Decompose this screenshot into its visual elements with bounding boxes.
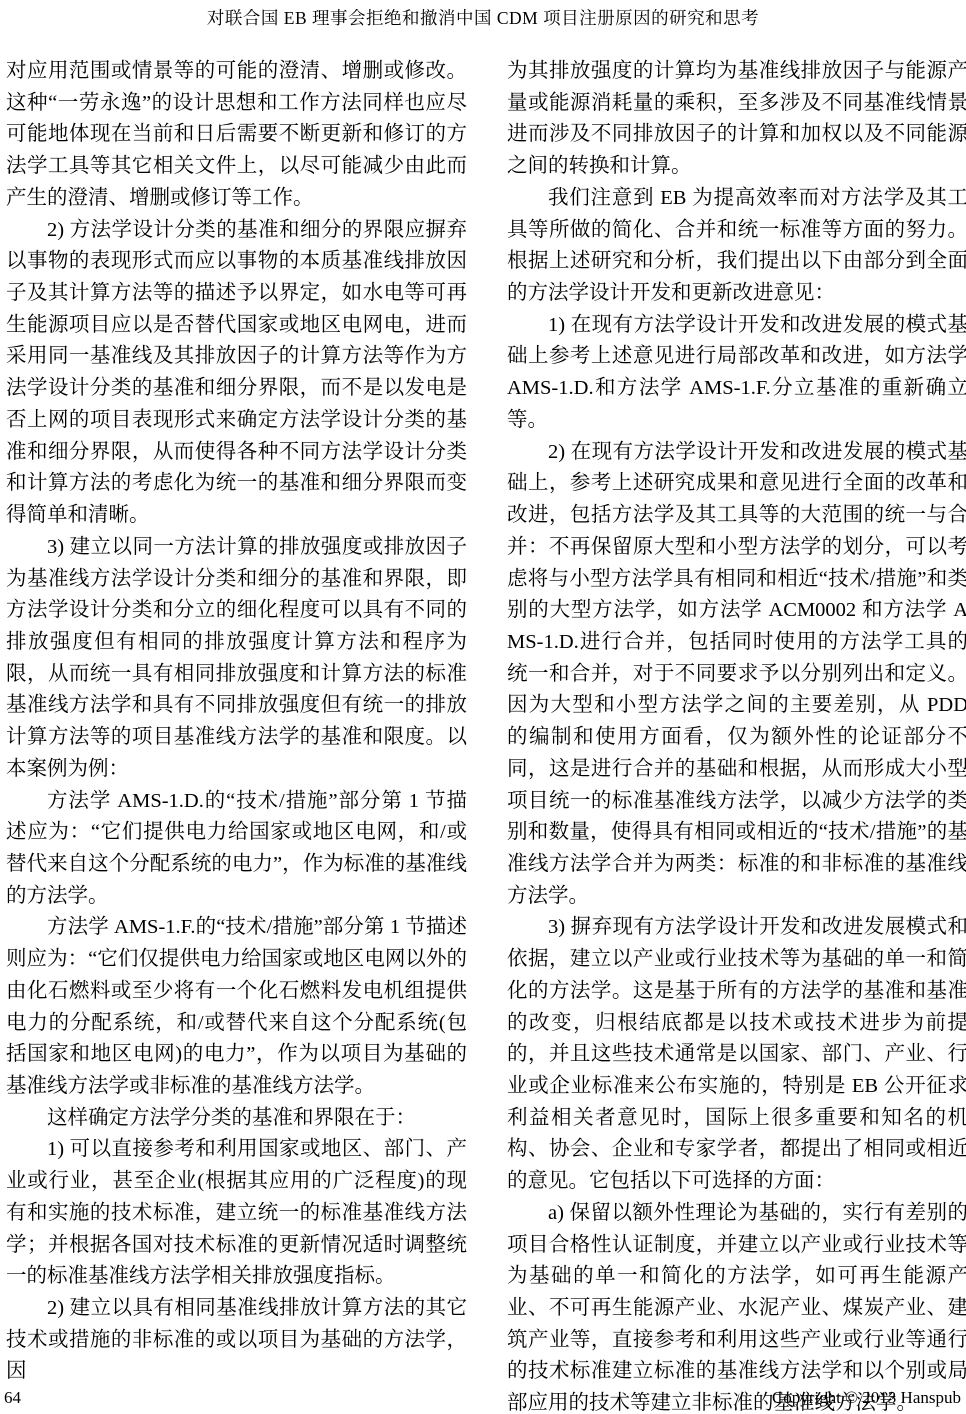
paragraph: 3) 摒弃现有方法学设计开发和改进发展模式和依据，建立以产业或行业技术等为基础的… (507, 912, 966, 1197)
document-page: 对联合国 EB 理事会拒绝和撤消中国 CDM 项目注册原因的研究和思考 对应用范… (0, 0, 966, 1414)
paragraph: 对应用范围或情景等的可能的澄清、增删或修改。这种“一劳永逸”的设计思想和工作方法… (6, 56, 467, 215)
paragraph: 1) 可以直接参考和利用国家或地区、部门、产业或行业，甚至企业(根据其应用的广泛… (6, 1134, 467, 1293)
paragraph: 我们注意到 EB 为提高效率而对方法学及其工具等所做的简化、合并和统一标准等方面… (507, 183, 966, 310)
right-column: 为其排放强度的计算均为基准线排放因子与能源产量或能源消耗量的乘积，至多涉及不同基… (507, 56, 966, 1414)
left-column: 对应用范围或情景等的可能的澄清、增删或修改。这种“一劳永逸”的设计思想和工作方法… (6, 56, 467, 1414)
paragraph: 2) 建立以具有相同基准线排放计算方法的其它技术或措施的非标准的或以项目为基础的… (6, 1293, 467, 1388)
paragraph: a) 保留以额外性理论为基础的，实行有差别的项目合格性认证制度，并建立以产业或行… (507, 1198, 966, 1414)
body-columns: 对应用范围或情景等的可能的澄清、增删或修改。这种“一劳永逸”的设计思想和工作方法… (6, 56, 966, 1414)
footer-copyright: Copyright © 2013 Hanspub (772, 1388, 961, 1408)
page-header-title: 对联合国 EB 理事会拒绝和撤消中国 CDM 项目注册原因的研究和思考 (0, 5, 966, 30)
paragraph: 2) 在现有方法学设计开发和改进发展的模式基础上，参考上述研究成果和意见进行全面… (507, 437, 966, 913)
footer-page-number: 64 (4, 1388, 21, 1408)
paragraph: 3) 建立以同一方法计算的排放强度或排放因子为基准线方法学设计分类和细分的基准和… (6, 532, 467, 786)
paragraph: 这样确定方法学分类的基准和界限在于： (6, 1103, 467, 1135)
paragraph: 方法学 AMS-1.F.的“技术/措施”部分第 1 节描述则应为：“它们仅提供电… (6, 912, 467, 1102)
paragraph: 2) 方法学设计分类的基准和细分的界限应摒弃以事物的表现形式而应以事物的本质基准… (6, 215, 467, 532)
paragraph: 方法学 AMS-1.D.的“技术/措施”部分第 1 节描述应为：“它们提供电力给… (6, 786, 467, 913)
paragraph: 1) 在现有方法学设计开发和改进发展的模式基础上参考上述意见进行局部改革和改进，… (507, 310, 966, 437)
paragraph: 为其排放强度的计算均为基准线排放因子与能源产量或能源消耗量的乘积，至多涉及不同基… (507, 56, 966, 183)
